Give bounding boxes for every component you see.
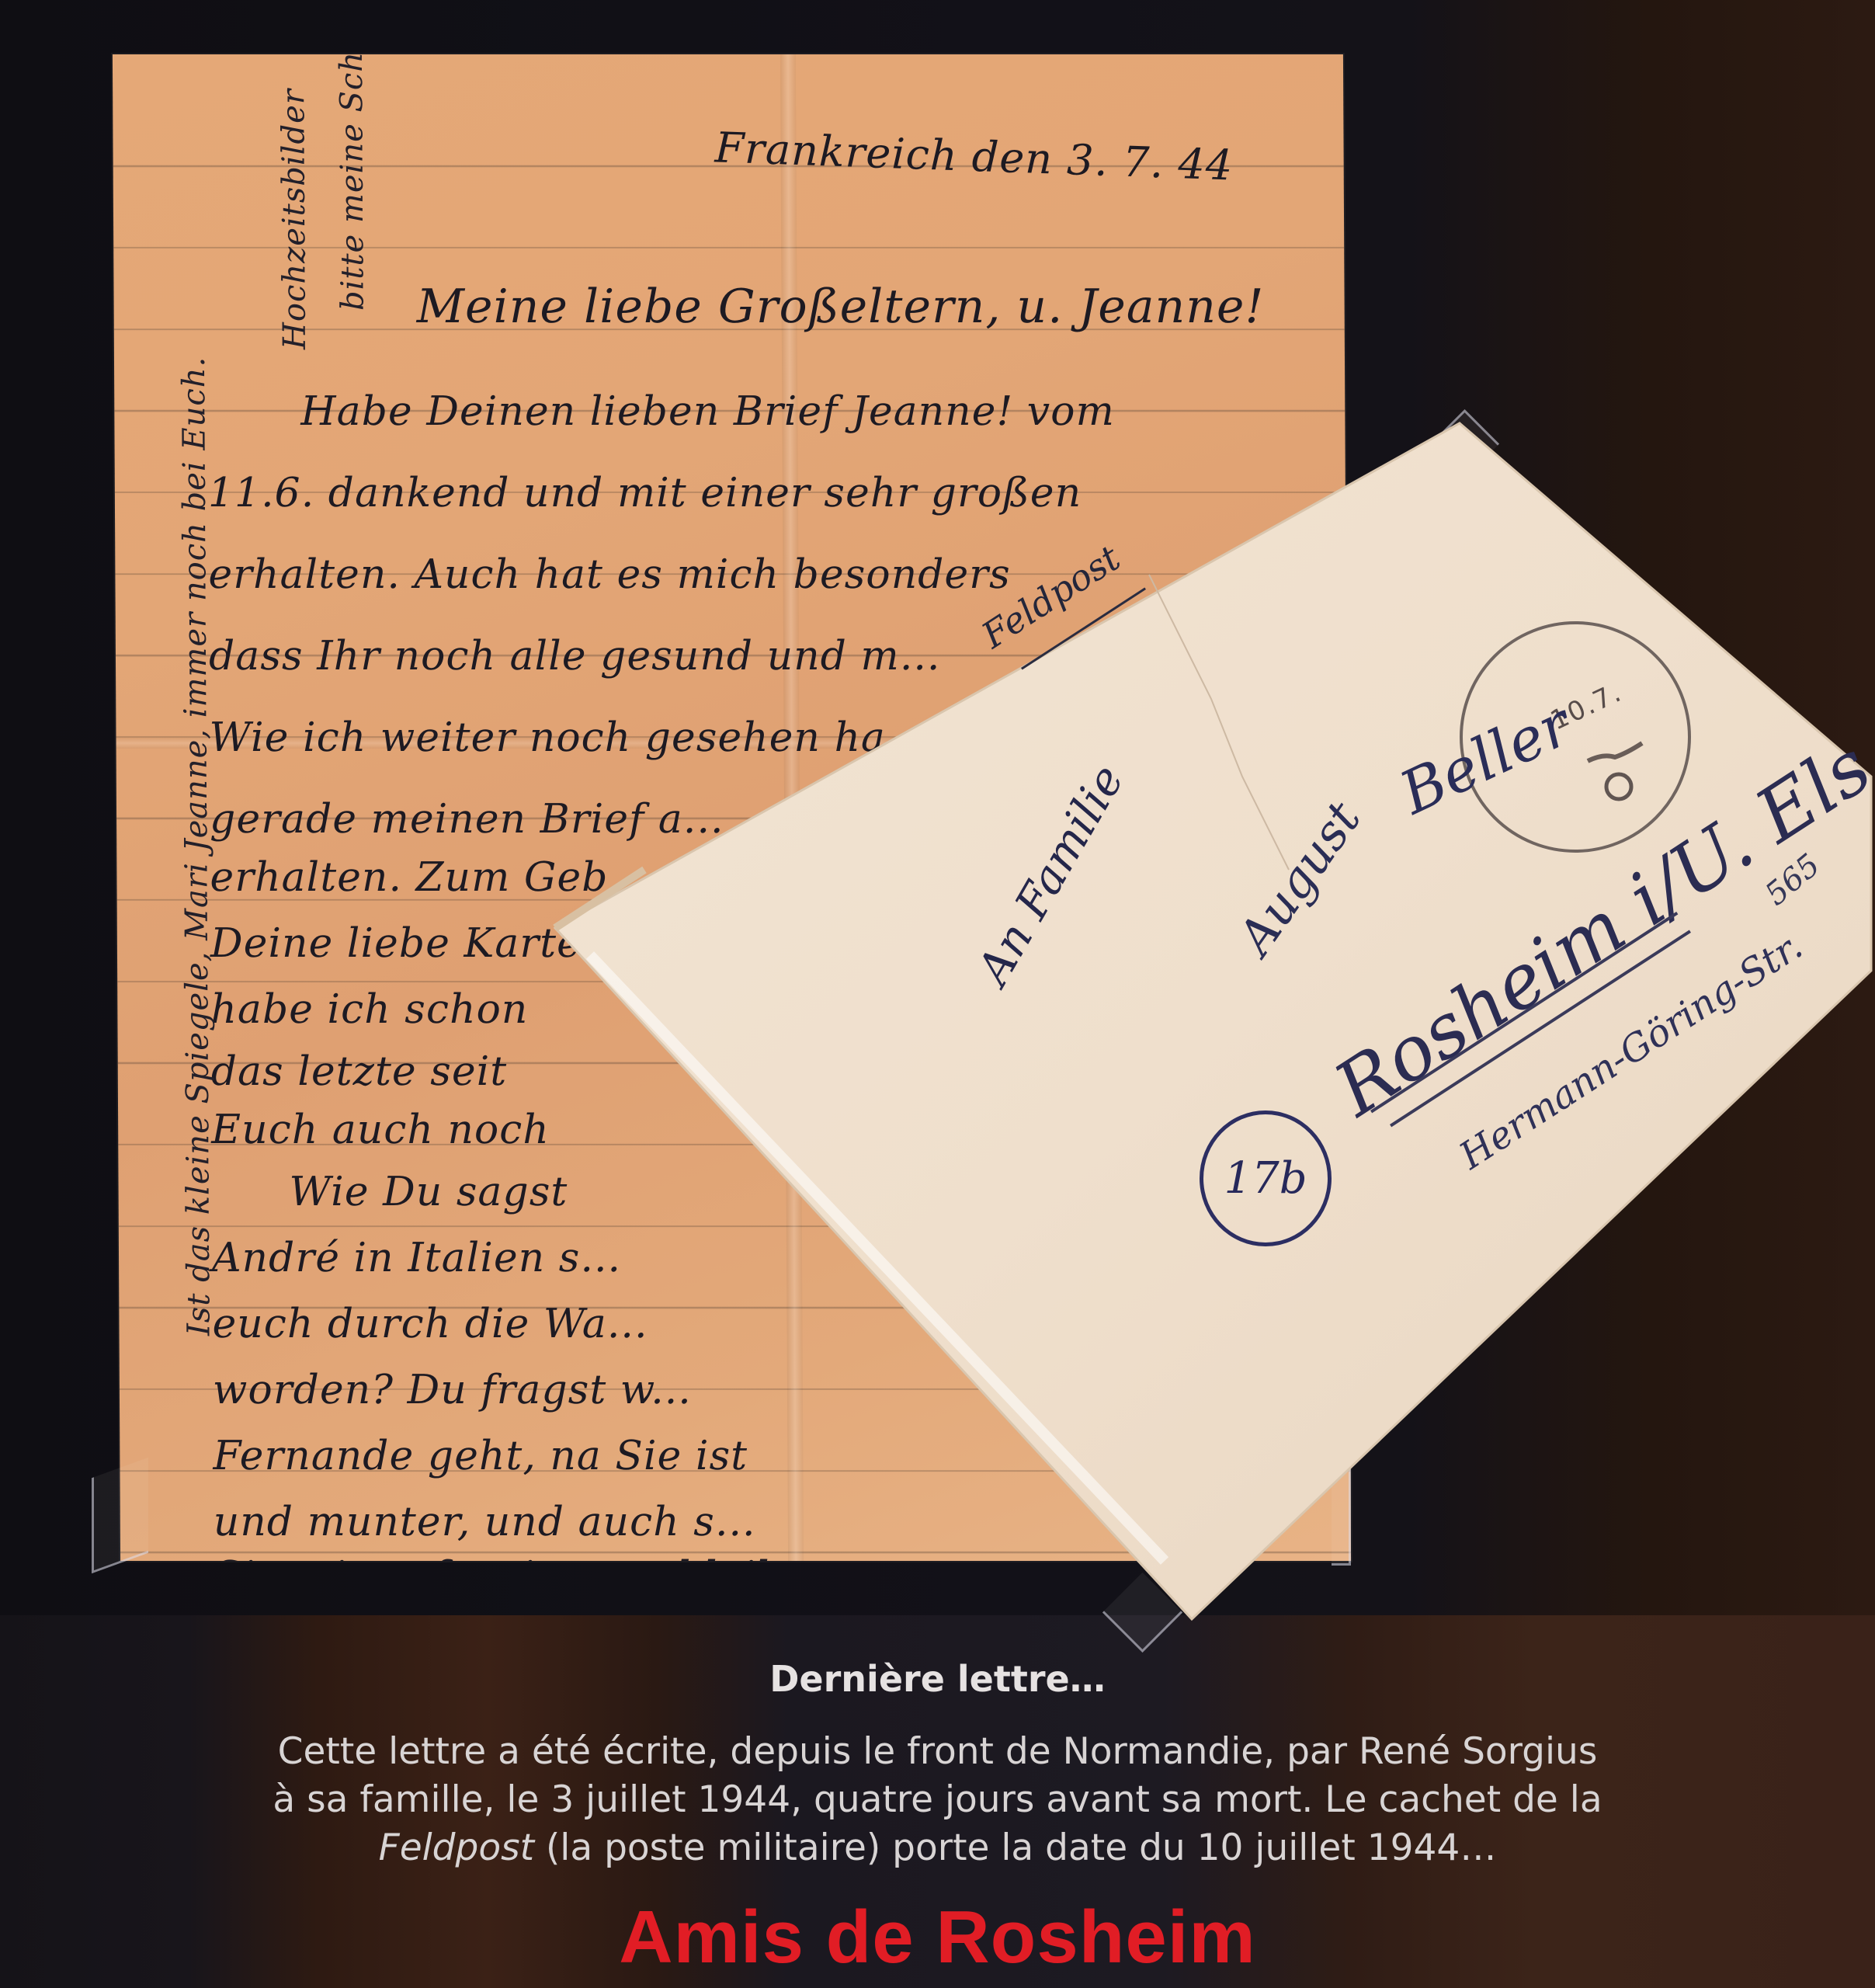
letter-line: erhalten. Zum Geb... [210,854,649,901]
caption-line: Cette lettre a été écrite, depuis le fro… [78,1728,1797,1776]
letter-line: André in Italien s... [212,1235,621,1281]
letter-line: erhalten. Auch hat es mich besonders [208,551,1011,598]
caption-title: Dernière lettre… [0,1658,1875,1700]
letter-line: Fernande geht, na Sie ist [213,1433,748,1479]
letter-line: Habe Deinen lieben Brief Jeanne! vom [300,388,1115,435]
letter-line: habe ich schon [210,986,528,1033]
circled-number-text: 17b [1224,1153,1307,1204]
postmark-eagle-icon [1584,734,1646,804]
letter-side-note: Ist das kleine Spiegele, Mari Jeanne, im… [176,356,217,1336]
envelope-circled-number: 17b [1200,1110,1332,1246]
watermark-brand: Amis de Rosheim [0,1895,1875,1980]
caption-body: Cette lettre a été écrite, depuis le fro… [78,1728,1797,1872]
letter-side-note: Hochzeitsbilder [276,89,313,349]
letter-line: Wie ich weiter noch gesehen ha... [209,714,926,761]
letter-line: Wie Du sagst [289,1169,568,1215]
letter-line: 11.6. dankend und mit einer sehr großen [208,470,1082,516]
letter-side-note: bitte meine Schrift [334,54,371,311]
letter-line: worden? Du fragst w... [213,1367,692,1413]
letter-line: Deine liebe Karte v... [210,920,655,967]
caption-line-rest: (la poste militaire) porte la date du 10… [534,1826,1496,1869]
caption-line: Feldpost (la poste militaire) porte la d… [78,1824,1797,1872]
letter-line: dass Ihr noch alle gesund und m... [209,633,941,679]
mounting-corner [1332,1460,1351,1566]
handwritten-letter: Frankreich den 3. 7. 44 Meine liebe Groß… [113,54,1351,1561]
letter-line: gerade meinen Brief a... [210,796,724,843]
caption-italic-term: Feldpost [379,1826,534,1869]
letter-greeting: Meine liebe Großeltern, u. Jeanne! [416,280,1264,334]
caption-line: à sa famille, le 3 juillet 1944, quatre … [78,1776,1797,1824]
letter-line: das letzte seit [211,1048,508,1095]
letter-line: euch durch die Wa... [212,1301,648,1347]
letter-line: Sie mir auf ewig treu bleib... [214,1553,824,1561]
letter-line: Euch auch noch [211,1107,550,1153]
letter-line: und munter, und auch s... [214,1499,756,1545]
